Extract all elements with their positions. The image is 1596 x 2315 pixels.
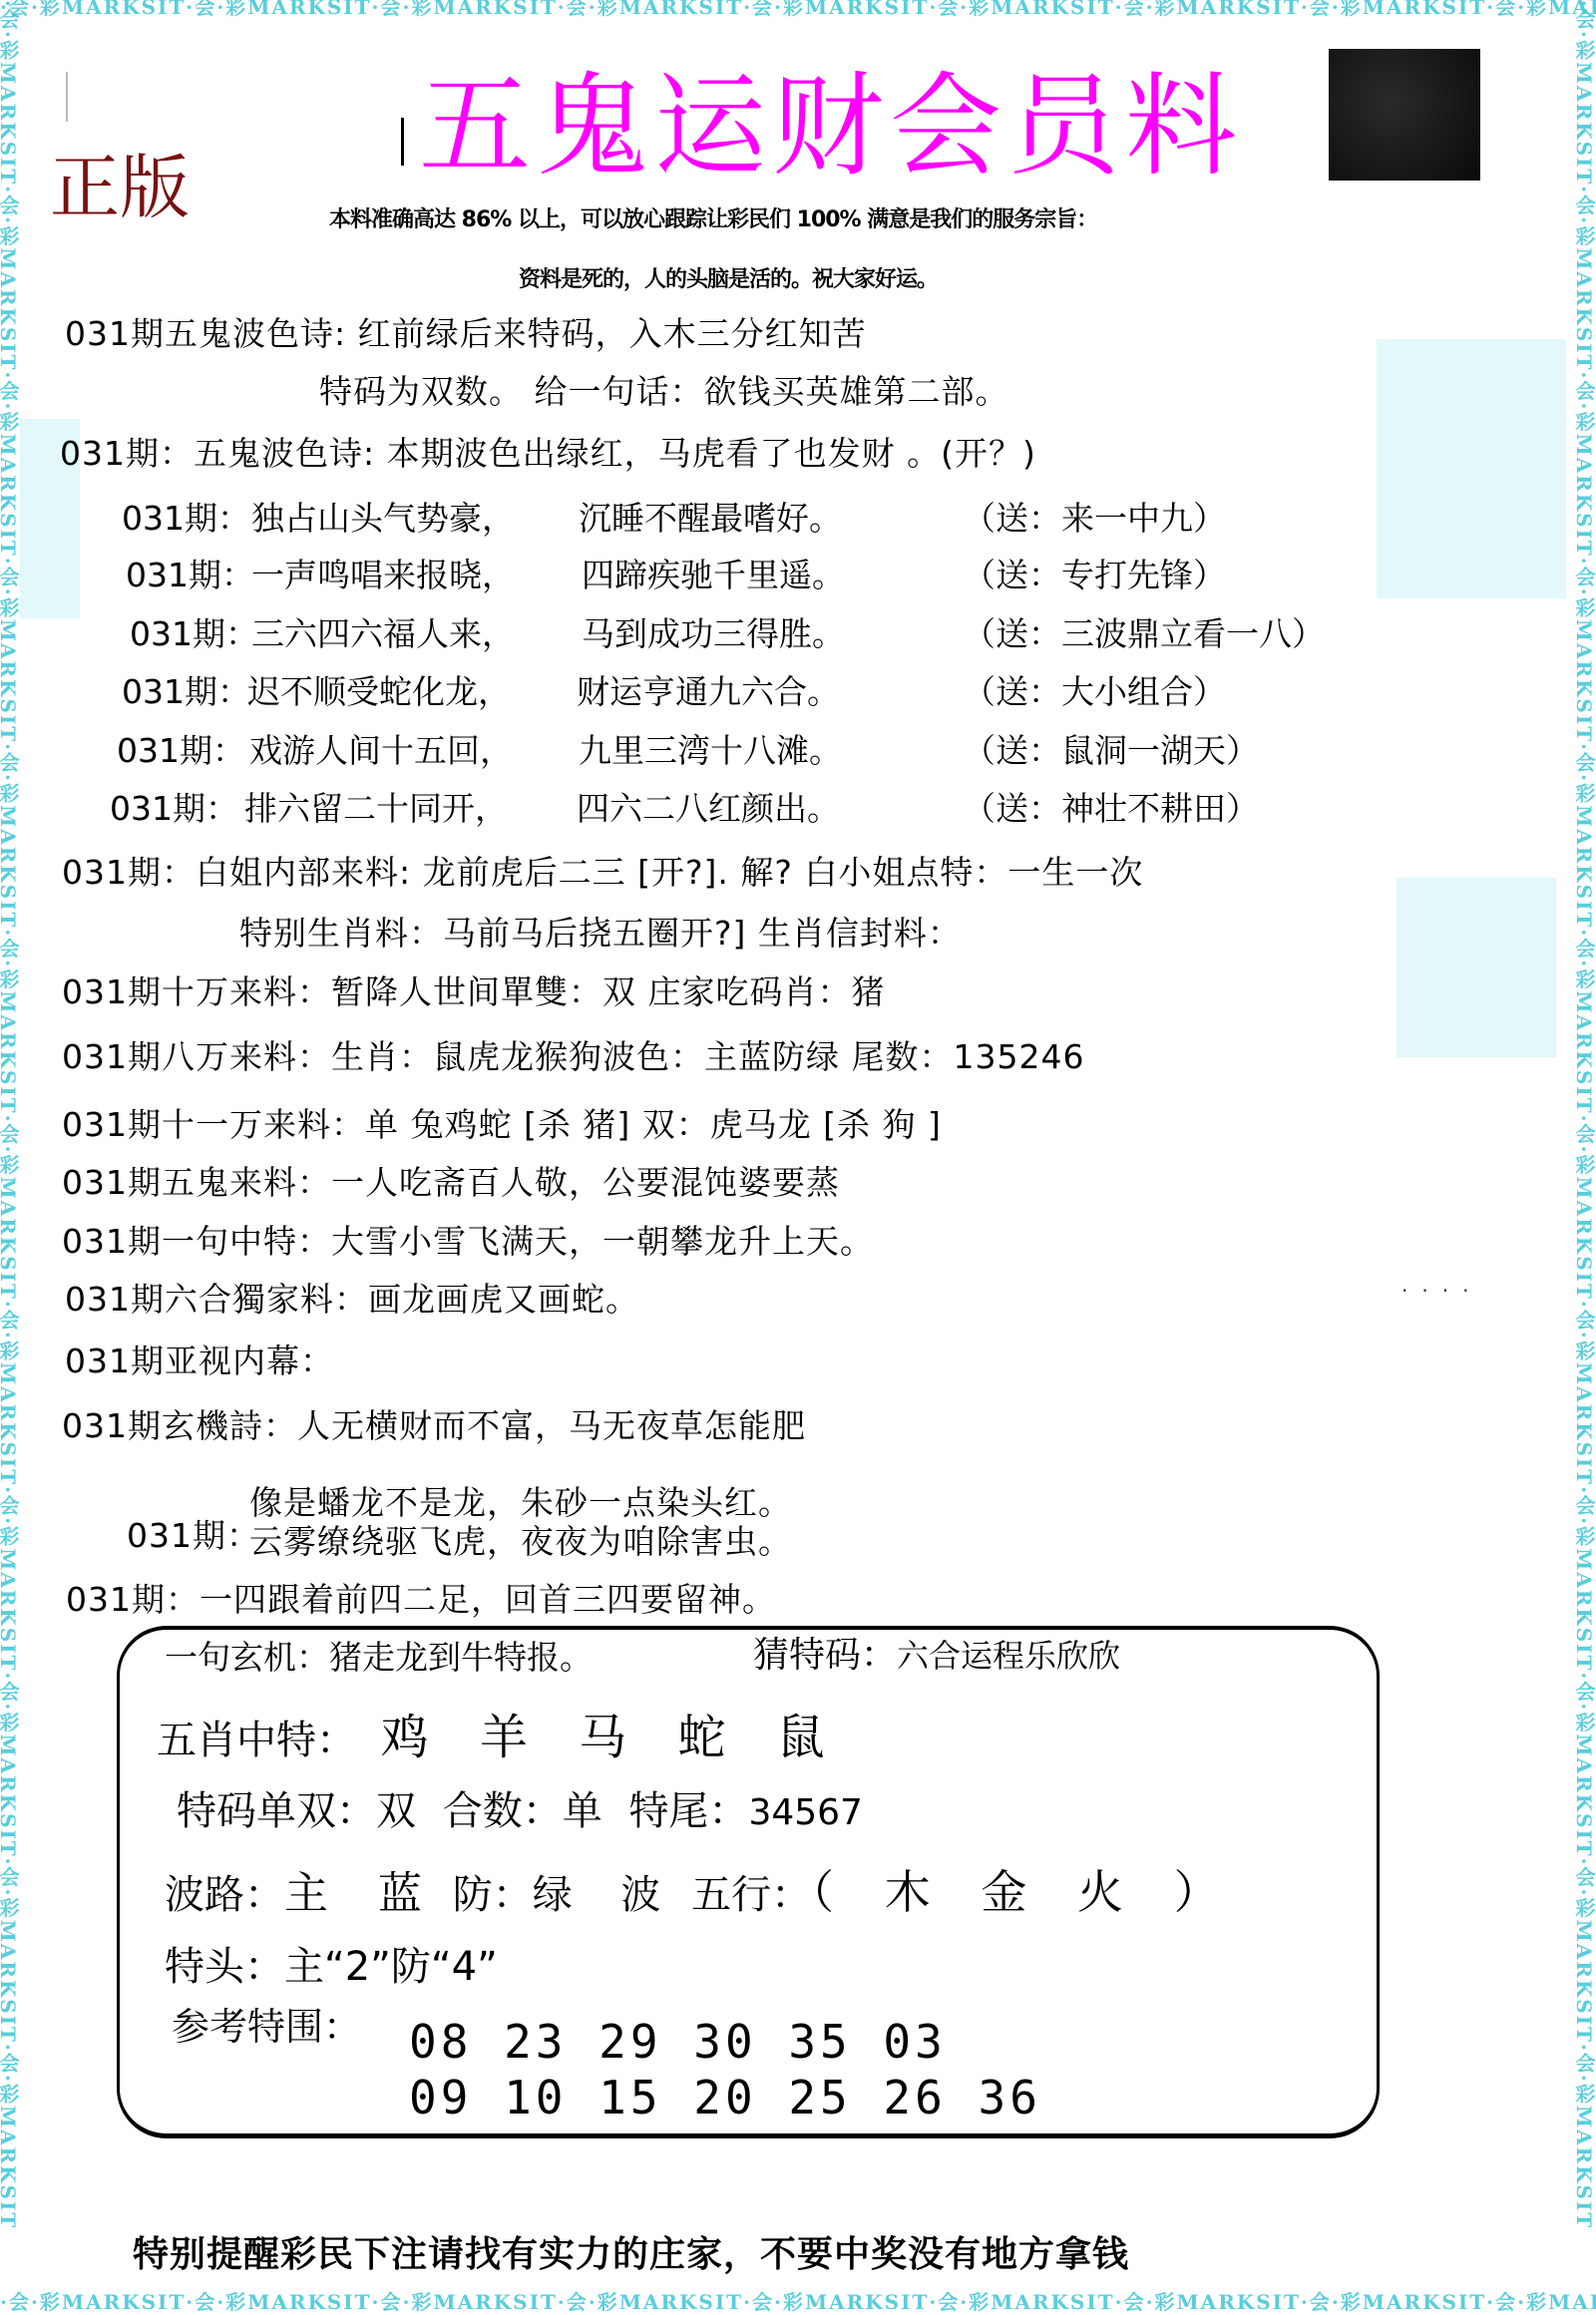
poem-gift: （送：三波鼎立看一八） <box>963 614 1325 654</box>
mystery-label: 一句玄机： <box>165 1638 329 1677</box>
brand-label: 正版 <box>50 148 190 227</box>
odd-even-label: 特码单双： <box>177 1788 376 1834</box>
info-line: 031期亚视内幕： <box>65 1342 334 1381</box>
poem-verse-1: 戏游人间十五回， <box>249 731 513 771</box>
background-speckle <box>1396 878 1556 1057</box>
odd-even-value: 双 <box>376 1788 416 1834</box>
riddle-label: 031期： <box>127 1516 260 1556</box>
poem-label: 031期： <box>110 789 238 829</box>
wave-poem-line: 031期五鬼波色诗: 红前绿后来特码，入木三分红知苦 <box>65 314 867 354</box>
watermark-top: ·会·彩MARKSIT·会·彩MARKSIT·会·彩MARKSIT·会·彩MAR… <box>0 0 1596 18</box>
title-cursor-bar <box>401 118 404 166</box>
five-zodiac-label: 五肖中特： <box>157 1718 356 1763</box>
riddle-line-2: 云雾缭绕驱飞虎，夜夜为咱除害虫。 <box>249 1522 792 1562</box>
slogan-line-1: 本料准确高达 86% 以上，可以放心跟踪让彩民们 100% 满意是我们的服务宗旨… <box>329 202 1097 233</box>
info-line: 031期一句中特：大雪小雪飞满天，一朝攀龙升上天。 <box>62 1222 874 1262</box>
info-line: 031期六合獨家料：画龙画虎又画蛇。 <box>65 1280 639 1320</box>
watermark-bottom: ·会·彩MARKSIT·会·彩MARKSIT·会·彩MARKSIT·会·彩MAR… <box>0 2290 1596 2315</box>
head-row: 特头：主“2”防“4” <box>165 1945 498 1989</box>
tail-label: 特尾： <box>628 1788 748 1834</box>
odd-even-row: 特码单双：双 合数：单 特尾：34567 <box>177 1789 863 1833</box>
poem-label: 031期： <box>130 614 258 654</box>
page-title: 五鬼运财会员料 <box>419 62 1243 192</box>
elements-label: 五行： <box>691 1872 811 1918</box>
poem-verse-2: 马到成功三得胜。 <box>582 614 845 654</box>
sum-label: 合数： <box>443 1788 563 1834</box>
poem-verse-2: 四蹄疾驰千里遥。 <box>582 556 845 595</box>
wave-poem-line-2: 031期：五鬼波色诗: 本期波色出绿红，马虎看了也发财 。(开？) <box>60 434 1036 474</box>
poem-gift: （送：大小组合） <box>963 672 1226 712</box>
poem-verse-1: 迟不顺受蛇化龙， <box>247 672 511 712</box>
wave-guard: 绿 波 <box>533 1872 679 1918</box>
background-speckle <box>1377 339 1566 598</box>
info-line: 031期十一万来料：单 兔鸡蛇 [杀 猪] 双：虎马龙 [杀 狗 ] <box>62 1105 942 1145</box>
info-line: 031期五鬼来料：一人吃斋百人敬，公要混饨婆要蒸 <box>62 1163 840 1203</box>
poem-verse-1: 排六留二十同开， <box>244 789 508 829</box>
poem-verse-2: 九里三湾十八滩。 <box>579 731 842 771</box>
poem-gift: （送：来一中九） <box>963 499 1226 539</box>
poem-label: 031期： <box>126 556 254 595</box>
wave-guard-label: 防： <box>453 1872 533 1918</box>
ref-numbers-row-2: 09 10 15 20 25 26 36 <box>409 2073 1041 2123</box>
riddle-line-1: 像是蟠龙不是龙，朱砂一点染头红。 <box>249 1483 792 1523</box>
five-zodiac-values: 鸡 羊 马 蛇 鼠 <box>381 1710 843 1765</box>
poem-label: 031期： <box>122 672 250 712</box>
poem-gift: （送：专打先锋） <box>963 556 1226 595</box>
guess-row: 猜特码：六合运程乐欣欣 <box>753 1636 1120 1676</box>
poem-verse-1: 独占山头气势豪， <box>251 499 515 539</box>
poem-verse-2: 四六二八红颜出。 <box>577 789 840 829</box>
decorative-dots: ···· <box>1401 1279 1482 1303</box>
last-line: 031期：一四跟着前四二足，回首三四要留神。 <box>66 1580 776 1620</box>
info-line: 031期玄機詩：人无横财而不富，马无夜草怎能肥 <box>62 1406 806 1446</box>
wave-poem-subline: 特码为双数。 给一句话：欲钱买英雄第二部。 <box>319 372 1009 412</box>
poem-gift: （送：神壮不耕田） <box>963 789 1259 829</box>
decorative-line <box>66 72 68 122</box>
slogan-line-2: 资料是死的，人的头脑是活的。祝大家好运。 <box>519 262 938 293</box>
footer-reminder: 特别提醒彩民下注请找有实力的庄家，不要中奖没有地方拿钱 <box>133 2226 1129 2277</box>
poem-verse-2: 财运亨通九六合。 <box>577 672 840 712</box>
ref-label: 参考特围： <box>172 2007 361 2049</box>
wave-row: 波路：主 蓝 防：绿 波 五行：（ 木 金 火 ） <box>165 1867 1238 1918</box>
poem-verse-1: 三六四六福人来， <box>251 614 515 654</box>
mystery-row: 一句玄机：猪走龙到牛特报。 <box>165 1640 593 1676</box>
poem-label: 031期： <box>122 499 250 539</box>
info-line: 031期：白姐内部来料: 龙前虎后二三 [开?]. 解? 白小姐点特：一生一次 <box>62 853 1143 893</box>
poem-verse-2: 沉睡不醒最嗜好。 <box>579 499 842 539</box>
summary-box: 一句玄机：猪走龙到牛特报。 猜特码：六合运程乐欣欣 五肖中特： 鸡 羊 马 蛇 … <box>117 1626 1380 2138</box>
elements-value: （ 木 金 火 ） <box>811 1865 1238 1919</box>
info-line: 特别生肖料：马前马后挠五圈开?] 生肖信封料： <box>239 914 962 954</box>
poem-label: 031期： <box>117 731 245 771</box>
tail-value: 34567 <box>748 1792 863 1833</box>
poem-gift: （送：鼠洞一湖天） <box>963 731 1259 771</box>
watermark-left: ·会·彩MARKSIT·会·彩MARKSIT·会·彩MARKSIT·会·彩MAR… <box>0 0 20 2315</box>
head-value: 主“2”防“4” <box>284 1944 498 1990</box>
watermark-right: ·会·彩MARKSIT·会·彩MARKSIT·会·彩MARKSIT·会·彩MAR… <box>1572 0 1596 2315</box>
head-label: 特头： <box>165 1944 284 1990</box>
qr-code-icon <box>1329 49 1480 181</box>
wave-main: 主 蓝 <box>284 1868 440 1919</box>
poem-verse-1: 一声鸣唱来报晓， <box>251 556 515 595</box>
sum-value: 单 <box>563 1788 602 1834</box>
wave-label: 波路： <box>165 1872 284 1918</box>
mystery-value: 猪走龙到牛特报。 <box>329 1638 593 1677</box>
guess-label: 猜特码： <box>753 1635 897 1676</box>
ref-numbers-row-1: 08 23 29 30 35 03 <box>409 2017 947 2068</box>
five-zodiac-row: 五肖中特： 鸡 羊 马 蛇 鼠 <box>157 1712 843 1764</box>
info-line: 031期十万来料：暂降人世间單雙：双 庄家吃码肖：猪 <box>62 972 885 1012</box>
info-line: 031期八万来料：生肖：鼠虎龙猴狗波色：主蓝防绿 尾数：135246 <box>62 1037 1084 1077</box>
guess-value: 六合运程乐欣欣 <box>897 1637 1120 1675</box>
